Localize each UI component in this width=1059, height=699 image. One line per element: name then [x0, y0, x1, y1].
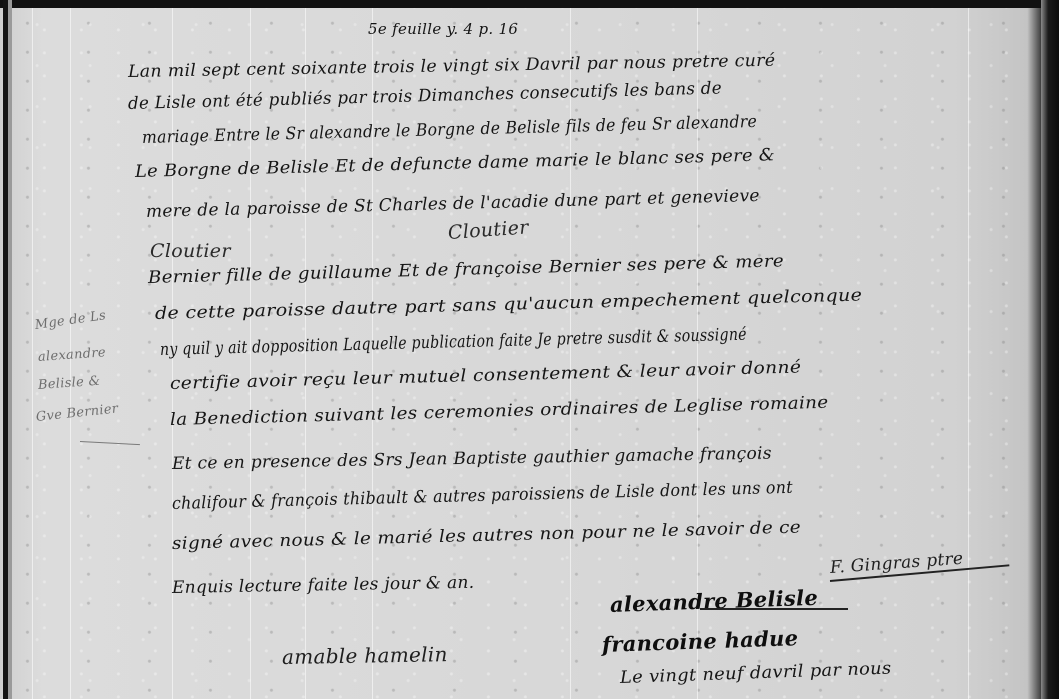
right-page-edge	[1041, 0, 1059, 699]
scanned-register-page: 5e feuille y. 4 p. 16 Lan mil sept cent …	[0, 0, 1059, 699]
signature-witness: amable hamelin	[282, 642, 448, 669]
left-binding-shadow	[8, 0, 12, 699]
scan-line	[570, 8, 571, 699]
scan-line	[32, 8, 33, 699]
scan-line	[968, 8, 969, 699]
folio-header: 5e feuille y. 4 p. 16	[368, 20, 518, 38]
groom-signature-underline	[700, 608, 848, 610]
page-top-edge	[0, 0, 1059, 8]
insertion-cloutier-left: Cloutier	[150, 240, 231, 262]
